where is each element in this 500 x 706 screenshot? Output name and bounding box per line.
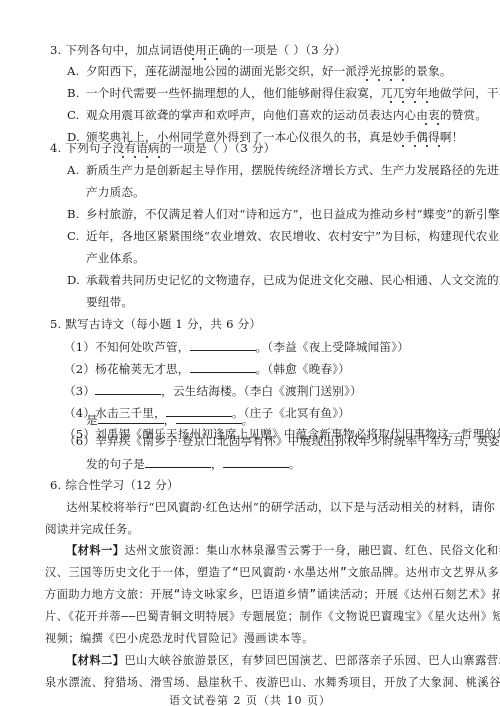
material-1-line3: 方面助力地方文旅：开展“诗文咏家乡，巴语道乡情”诵读活动；开展《达州石刻艺术》拓 <box>45 587 500 603</box>
item-text: ， <box>164 413 176 427</box>
exam-page-lower: 是，。 （6）辛弃疾《南乡子·登京口北固亭有怀》中展现出孙权年少时统率千军万马，… <box>0 0 500 706</box>
q5-item-5-answer-line: 是，。 <box>86 411 253 428</box>
material-2-line2: 泉水漂流、狩猎场、滑雪场、悬崖秋千、夜游巴山、水舞秀项目，开放了大象洞、桃溪谷、 <box>45 675 500 691</box>
material-2-label: 【材料二】 <box>66 654 124 667</box>
answer-blank[interactable] <box>223 455 289 468</box>
q5-item-6-answer-line: 发的句子是，。 <box>86 455 301 472</box>
material-text: 达州文旅资源：集山水林泉瀑雪云雾于一身，融巴賨、红色、民俗文化和秦 <box>124 544 500 557</box>
material-1-line5: 视频；编撰《巴小虎恐龙时代冒险记》漫画读本等。 <box>45 631 314 647</box>
material-1-line1: 【材料一】达州文旅资源：集山水林泉瀑雪云雾于一身，融巴賨、红色、民俗文化和秦 <box>66 543 500 559</box>
answer-blank[interactable] <box>176 411 242 424</box>
answer-blank[interactable] <box>145 455 211 468</box>
material-1-label: 【材料一】 <box>66 544 124 557</box>
q6-stem: 6. 综合性学习（12 分） <box>50 477 179 493</box>
material-2-line1: 【材料二】巴山大峡谷旅游景区，有梦回巴国演艺、巴部落亲子乐园、巴人山寨露营地、 <box>66 653 500 669</box>
item-text: 。 <box>242 413 254 427</box>
page-footer: 语文试卷第 2 页（共 10 页） <box>0 692 500 706</box>
q6-intro-line2: 阅读并完成任务。 <box>45 521 139 537</box>
item-text: 是 <box>86 413 98 427</box>
answer-blank[interactable] <box>98 411 164 424</box>
item-text: 发的句子是 <box>86 457 145 471</box>
material-1-line2: 汉、三国等历史文化于一体，塑造了“巴风賨韵·水墨达州”文旅品牌。达州市文艺界从多 <box>45 565 499 581</box>
item-text: 辛弃疾《南乡子·登京口北固亭有怀》中展现出孙权年少时统率千军万马，英姿勃 <box>95 434 500 448</box>
item-number: （6） <box>64 434 95 448</box>
q5-item-6: （6）辛弃疾《南乡子·登京口北固亭有怀》中展现出孙权年少时统率千军万马，英姿勃 <box>64 433 500 449</box>
item-text: ， <box>211 457 223 471</box>
item-text: 。 <box>289 457 301 471</box>
q6-intro-line1: 达州某校将举行“巴风賨韵·红色达州”的研学活动，以下是与活动相关的材料，请你 <box>66 499 495 515</box>
material-1-line4: 片、《花开并蒂——巴蜀青铜文明特展》专题展览；制作《文物说巴賨瑰宝》《星火达州》… <box>45 609 500 625</box>
material-text: 巴山大峡谷旅游景区，有梦回巴国演艺、巴部落亲子乐园、巴人山寨露营地、 <box>124 654 500 667</box>
